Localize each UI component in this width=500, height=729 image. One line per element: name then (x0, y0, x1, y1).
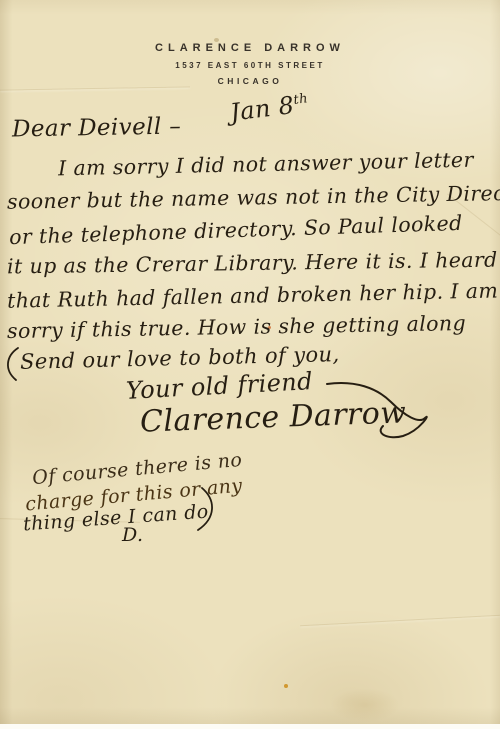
paper-stain (284, 684, 288, 688)
letter-date: Jan 8th (229, 89, 311, 126)
letter-paper: CLARENCE DARROW 1537 EAST 60TH STREET CH… (0, 0, 500, 729)
paper-stain (330, 688, 400, 722)
body-line-3: or the telephone directory. So Paul look… (9, 211, 463, 249)
date-suffix: th (293, 91, 309, 108)
line-lead-swash-icon (2, 346, 20, 382)
body-line-1: I am sorry I did not answer your letter (58, 148, 474, 181)
letterhead-name: CLARENCE DARROW (0, 42, 500, 54)
salutation: Dear Deivell – (12, 114, 182, 143)
body-line-5: that Ruth had fallen and broken her hip.… (7, 277, 500, 312)
date-text: Jan 8 (229, 91, 296, 127)
body-line-2: sooner but the name was not in the City … (7, 180, 500, 213)
letterhead-address: 1537 EAST 60TH STREET (0, 61, 500, 70)
scan-edge (0, 724, 500, 729)
postscript-initial: D. (122, 524, 143, 546)
body-line-6: sorry if this true. How is she getting a… (7, 311, 466, 343)
letterhead: CLARENCE DARROW 1537 EAST 60TH STREET CH… (0, 42, 500, 86)
letterhead-city: CHICAGO (0, 76, 500, 86)
body-line-4: it up as the Crerar Library. Here it is.… (7, 248, 498, 279)
paper-crease (300, 615, 500, 626)
paper-crease (0, 86, 190, 90)
